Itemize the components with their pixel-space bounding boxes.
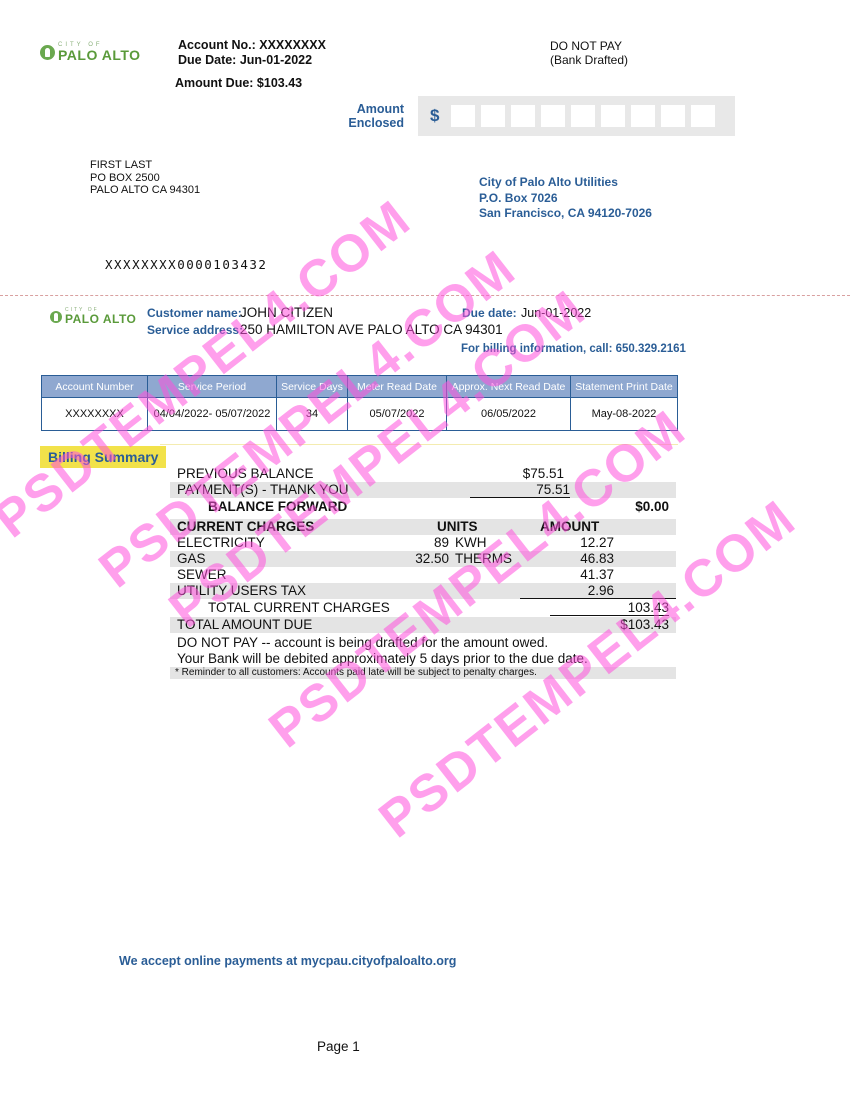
bank-debit-note: Your Bank will be debited approximately …	[170, 651, 676, 667]
digit-box[interactable]	[451, 105, 475, 127]
service-address: 250 HAMILTON AVE PALO ALTO CA 94301	[240, 322, 503, 337]
late-payment-reminder: * Reminder to all customers: Accounts pa…	[170, 667, 676, 679]
amount-enclosed-field[interactable]: $	[418, 96, 735, 136]
page-number: Page 1	[317, 1039, 360, 1054]
total-amount-due-row: TOTAL AMOUNT DUE $103.43	[170, 617, 676, 633]
billing-info-phone: For billing information, call: 650.329.2…	[461, 343, 686, 355]
payments-row: PAYMENT(S) - THANK YOU 75.51	[170, 482, 676, 498]
due-date-label: Due date:	[462, 306, 517, 320]
account-info-table: Account Number Service Period Service Da…	[41, 375, 678, 431]
remit-address: City of Palo Alto Utilities P.O. Box 702…	[479, 175, 652, 222]
city-logo-small: CITY OF PALO ALTO	[50, 308, 136, 325]
online-payment-link[interactable]: We accept online payments at mycpau.city…	[119, 954, 456, 968]
digit-box[interactable]	[601, 105, 625, 127]
digit-box[interactable]	[571, 105, 595, 127]
scanline: XXXXXXXX0000103432	[105, 257, 267, 272]
amount-due: Amount Due: $103.43	[175, 76, 302, 91]
digit-box[interactable]	[691, 105, 715, 127]
total-current-charges-row: TOTAL CURRENT CHARGES 103.43	[170, 600, 676, 616]
previous-balance-row: PREVIOUS BALANCE $75.51	[170, 466, 676, 482]
table-row: XXXXXXXX 04/04/2022- 05/07/2022 34 05/07…	[42, 398, 678, 431]
billing-summary-label: Billing Summary	[40, 446, 166, 468]
charge-row: SEWER 41.37	[170, 567, 676, 583]
divider	[160, 444, 678, 445]
service-address-label: Service address:	[147, 323, 243, 337]
digit-box[interactable]	[481, 105, 505, 127]
tree-seal-icon	[40, 45, 55, 60]
due-date-value: Jun-01-2022	[521, 306, 591, 320]
tear-line	[0, 295, 850, 296]
mailing-address: FIRST LAST PO BOX 2500 PALO ALTO CA 9430…	[90, 159, 200, 197]
drafted-note: DO NOT PAY -- account is being drafted f…	[170, 635, 676, 651]
customer-name-label: Customer name:	[147, 306, 242, 320]
city-logo: CITY OF PALO ALTO	[40, 42, 141, 62]
current-charges-header: CURRENT CHARGES UNITS AMOUNT	[170, 519, 676, 535]
digit-box[interactable]	[541, 105, 565, 127]
charge-row: ELECTRICITY 89 KWH 12.27	[170, 535, 676, 551]
amount-enclosed-label: Amount Enclosed	[340, 102, 404, 130]
do-not-pay-notice: DO NOT PAY (Bank Drafted)	[550, 39, 628, 67]
tree-seal-icon	[50, 311, 62, 323]
charge-row: GAS 32.50 THERMS 46.83	[170, 551, 676, 567]
due-date: Due Date: Jun-01-2022	[178, 53, 312, 68]
digit-box[interactable]	[511, 105, 535, 127]
digit-box[interactable]	[631, 105, 655, 127]
charge-row: UTILITY USERS TAX 2.96	[170, 583, 676, 599]
digit-box[interactable]	[661, 105, 685, 127]
account-number: Account No.: XXXXXXXX	[178, 38, 326, 53]
balance-forward-row: BALANCE FORWARD $0.00	[170, 499, 676, 515]
customer-name: JOHN CITIZEN	[240, 305, 333, 320]
